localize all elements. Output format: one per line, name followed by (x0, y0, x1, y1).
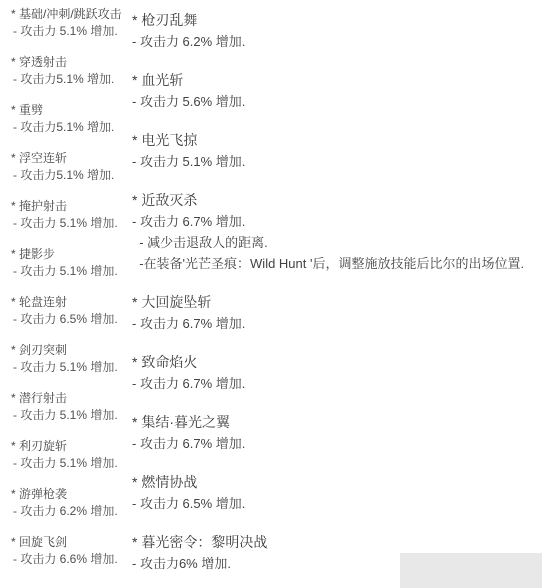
skill-name: * 近敌灭杀 (132, 190, 542, 211)
right-column: * 枪刃乱舞- 攻击力 6.2% 增加.* 血光斩- 攻击力 5.6% 增加.*… (132, 0, 542, 588)
skill-entry: * 回旋飞剑- 攻击力 6.6% 增加. (11, 534, 132, 568)
skill-entry: * 浮空连斩- 攻击力5.1% 增加. (11, 150, 132, 184)
skill-name: * 掩护射击 (11, 198, 132, 215)
skill-entry: * 基础/冲刺/跳跃攻击- 攻击力 5.1% 增加. (11, 6, 132, 40)
skill-entry: * 近敌灭杀- 攻击力 6.7% 增加. - 减少击退敌人的距离. -在装备'光… (132, 190, 542, 274)
skill-change-line: - 攻击力 5.1% 增加. (132, 151, 542, 172)
skill-entry: * 集结·暮光之翼- 攻击力 6.7% 增加. (132, 412, 542, 454)
skill-entry: * 致命焰火- 攻击力 6.7% 增加. (132, 352, 542, 394)
skill-entry: * 枪刃乱舞- 攻击力 6.2% 增加. (132, 10, 542, 52)
skill-name: * 致命焰火 (132, 352, 542, 373)
skill-entry: * 剑刃突刺- 攻击力 5.1% 增加. (11, 342, 132, 376)
skill-name: * 浮空连斩 (11, 150, 132, 167)
skill-name: * 燃情协战 (132, 472, 542, 493)
skill-name: * 集结·暮光之翼 (132, 412, 542, 433)
skill-change-line: - 攻击力 6.5% 增加. (11, 311, 132, 328)
skill-change-line: - 攻击力 6.7% 增加. (132, 373, 542, 394)
skill-change-line: - 攻击力5.1% 增加. (11, 119, 132, 136)
skill-change-line: - 减少击退敌人的距离. (132, 232, 542, 253)
skill-change-line: - 攻击力 6.6% 增加. (11, 551, 132, 568)
skill-change-line: - 攻击力 5.1% 增加. (11, 359, 132, 376)
skill-name: * 血光斩 (132, 70, 542, 91)
skill-change-line: - 攻击力 5.1% 增加. (11, 263, 132, 280)
skill-change-line: - 攻击力 5.1% 增加. (11, 407, 132, 424)
skill-name: * 大回旋坠斩 (132, 292, 542, 313)
skill-entry: * 游弹枪袭- 攻击力 6.2% 增加. (11, 486, 132, 520)
skill-change-line: - 攻击力5.1% 增加. (11, 71, 132, 88)
skill-entry: * 利刃旋斩- 攻击力 5.1% 增加. (11, 438, 132, 472)
skill-name: * 基础/冲刺/跳跃攻击 (11, 6, 132, 23)
skill-name: * 重劈 (11, 102, 132, 119)
skill-name: * 电光飞掠 (132, 130, 542, 151)
skill-entry: * 潜行射击- 攻击力 5.1% 增加. (11, 390, 132, 424)
skill-name: * 枪刃乱舞 (132, 10, 542, 31)
skill-change-line: -在装备'光芒圣痕：Wild Hunt '后，调整施放技能后比尔的出场位置. (132, 253, 542, 274)
skill-entry: * 轮盘连射- 攻击力 6.5% 增加. (11, 294, 132, 328)
skill-name: * 轮盘连射 (11, 294, 132, 311)
skill-name: * 潜行射击 (11, 390, 132, 407)
skill-change-line: - 攻击力 6.2% 增加. (11, 503, 132, 520)
skill-change-line: - 攻击力 6.7% 增加. (132, 313, 542, 334)
skill-change-line: - 攻击力 6.5% 增加. (132, 493, 542, 514)
skill-name: * 回旋飞剑 (11, 534, 132, 551)
left-column: * 基础/冲刺/跳跃攻击- 攻击力 5.1% 增加.* 穿透射击- 攻击力5.1… (0, 0, 132, 588)
skill-change-line: - 攻击力5.1% 增加. (11, 167, 132, 184)
skill-entry: * 电光飞掠- 攻击力 5.1% 增加. (132, 130, 542, 172)
skill-change-line: - 攻击力 6.7% 增加. (132, 211, 542, 232)
skill-change-line: - 攻击力 5.1% 增加. (11, 455, 132, 472)
skill-name: * 穿透射击 (11, 54, 132, 71)
watermark-box (400, 553, 542, 588)
skill-change-line: - 攻击力 5.1% 增加. (11, 215, 132, 232)
skill-change-line: - 攻击力 5.1% 增加. (11, 23, 132, 40)
skill-name: * 剑刃突刺 (11, 342, 132, 359)
skill-name: * 暮光密令：黎明决战 (132, 532, 542, 553)
skill-entry: * 穿透射击- 攻击力5.1% 增加. (11, 54, 132, 88)
skill-entry: * 重劈- 攻击力5.1% 增加. (11, 102, 132, 136)
skill-entry: * 血光斩- 攻击力 5.6% 增加. (132, 70, 542, 112)
skill-name: * 捷影步 (11, 246, 132, 263)
skill-change-line: - 攻击力 6.7% 增加. (132, 433, 542, 454)
skill-entry: * 掩护射击- 攻击力 5.1% 增加. (11, 198, 132, 232)
skill-change-line: - 攻击力 6.2% 增加. (132, 31, 542, 52)
skill-change-line: - 攻击力 5.6% 增加. (132, 91, 542, 112)
skill-entry: * 捷影步- 攻击力 5.1% 增加. (11, 246, 132, 280)
skill-entry: * 大回旋坠斩- 攻击力 6.7% 增加. (132, 292, 542, 334)
skill-entry: * 燃情协战- 攻击力 6.5% 增加. (132, 472, 542, 514)
skill-name: * 游弹枪袭 (11, 486, 132, 503)
skill-name: * 利刃旋斩 (11, 438, 132, 455)
patch-notes-page: * 基础/冲刺/跳跃攻击- 攻击力 5.1% 增加.* 穿透射击- 攻击力5.1… (0, 0, 542, 588)
